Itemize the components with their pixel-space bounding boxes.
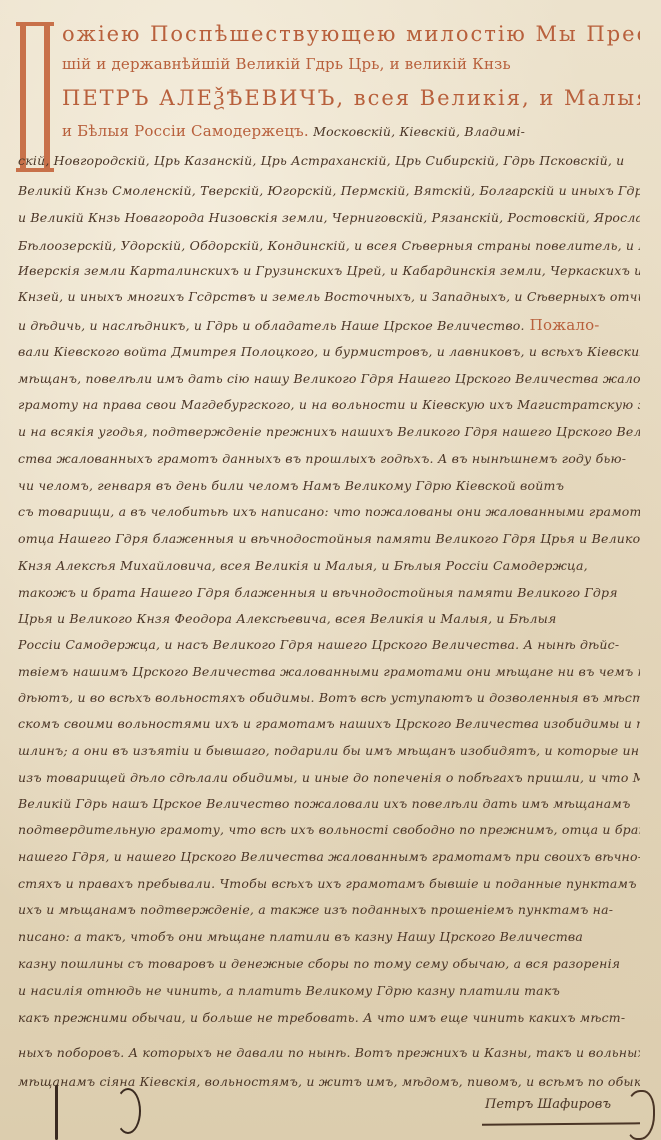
manuscript-line: и Великiй Кнзь Новагорода Низовскiя земл… (18, 210, 640, 225)
manuscript-line: мѣщанъ, повелѣли имъ дать сiю нашу Велик… (18, 371, 640, 386)
manuscript-line: ожiею Поспѣшествующею милостiю Мы Пресвѣ… (62, 22, 640, 46)
manuscript-line-continuation: Московскiй, Кiевскiй, Владимi- (309, 124, 525, 139)
manuscript-line: мѣщанамъ сiяна Кiевскiя, вольностямъ, и … (18, 1074, 640, 1089)
red-ink-phrase: Пожало- (525, 316, 600, 334)
signature: Петръ Шафировъ (485, 1097, 611, 1112)
manuscript-line: подтвердительную грамоту, что всѣ ихъ во… (18, 822, 640, 837)
manuscript-line: Бѣлоозерскiй, Удорскiй, Обдорскiй, Конди… (18, 238, 640, 253)
signature-flourish (625, 1090, 655, 1140)
manuscript-line: ства жалованныхъ грамотъ данныхъ въ прош… (18, 451, 640, 466)
manuscript-line: изъ товарищей дѣло сдѣлали обидимы, и ин… (18, 770, 640, 785)
manuscript-line: ихъ и мѣщанамъ подтвержденiе, а также из… (18, 902, 640, 917)
manuscript-line: грамоту на права свои Магдебургского, и … (18, 397, 640, 412)
manuscript-line: шлинъ; а они въ изъятiи и бывшаго, подар… (18, 743, 640, 758)
manuscript-line: скiй, Новгородскiй, Црь Казанскiй, Црь А… (18, 153, 640, 168)
manuscript-line: отца Нашего Гдря блаженныя и вѣчнодостой… (18, 531, 640, 546)
manuscript-line: и насилiя отнюдь не чинить, а платить Ве… (18, 983, 640, 998)
manuscript-page: ожiею Поспѣшествующею милостiю Мы Пресвѣ… (0, 0, 661, 1140)
manuscript-line: какъ прежними обычаи, и больше не требов… (18, 1010, 640, 1025)
manuscript-line: казну пошлины съ товаровъ и денежные сбо… (18, 956, 640, 971)
manuscript-line: ПЕТРЪ АЛЕѮѢЕВИЧЪ, всея Великiя, и Малыя, (62, 86, 640, 111)
manuscript-line: Кнзя Алексѣя Михайловича, всея Великiя и… (18, 558, 640, 573)
manuscript-line: дѣютъ, и во всѣхъ вольностяхъ обидимы. В… (18, 690, 640, 705)
manuscript-line: писано: а такъ, чтобъ они мѣщане платили… (18, 929, 640, 944)
manuscript-line: и дѣдичь, и наслѣдникъ, и Гдрь и обладат… (18, 316, 640, 334)
manuscript-line: Россiи Самодержца, и насъ Великого Гдря … (18, 637, 640, 652)
illuminated-initial-letter (20, 22, 50, 172)
manuscript-line: и Бѣлыя Россiи Самодержецъ. Московскiй, … (62, 122, 640, 140)
manuscript-line: шiй и державнѣйшiй Великiй Гдрь Црь, и в… (62, 55, 640, 73)
manuscript-line: скомъ своими вольностями ихъ и грамотамъ… (18, 716, 640, 731)
manuscript-line: ныхъ поборовъ. А которыхъ не давали по н… (18, 1045, 640, 1060)
manuscript-line: нашего Гдря, и нашего Црского Величества… (18, 849, 640, 864)
manuscript-line: стяхъ и правахъ пребывали. Чтобы всѣхъ и… (18, 876, 640, 891)
manuscript-line: съ товарищи, а въ челобитьѣ ихъ написано… (18, 504, 640, 519)
manuscript-line: Иверскiя земли Карталинскихъ и Грузински… (18, 263, 640, 278)
manuscript-line: чи челомъ, генваря въ день били челомъ Н… (18, 478, 640, 493)
signature-underline (482, 1122, 640, 1125)
manuscript-line: Кнзей, и иныхъ многихъ Гсдрствъ и земель… (18, 289, 640, 304)
ink-flourish-mark (115, 1088, 141, 1134)
manuscript-line: Великiй Кнзь Смоленскiй, Тверскiй, Югорс… (18, 183, 640, 198)
manuscript-line: Црья и Великого Кнзя Феодора Алексѣевича… (18, 611, 640, 626)
manuscript-line: и на всякiя угодья, подтвержденiе прежни… (18, 424, 640, 439)
manuscript-line: твiемъ нашимъ Црского Величества жалован… (18, 664, 640, 679)
manuscript-line: Великiй Гдрь нашъ Црское Величество пожа… (18, 796, 640, 811)
manuscript-line: вали Кiевского войта Дмитрея Полоцкого, … (18, 344, 640, 359)
ink-stroke-mark (55, 1085, 58, 1140)
manuscript-line: такожъ и брата Нашего Гдря блаженныя и в… (18, 585, 640, 600)
